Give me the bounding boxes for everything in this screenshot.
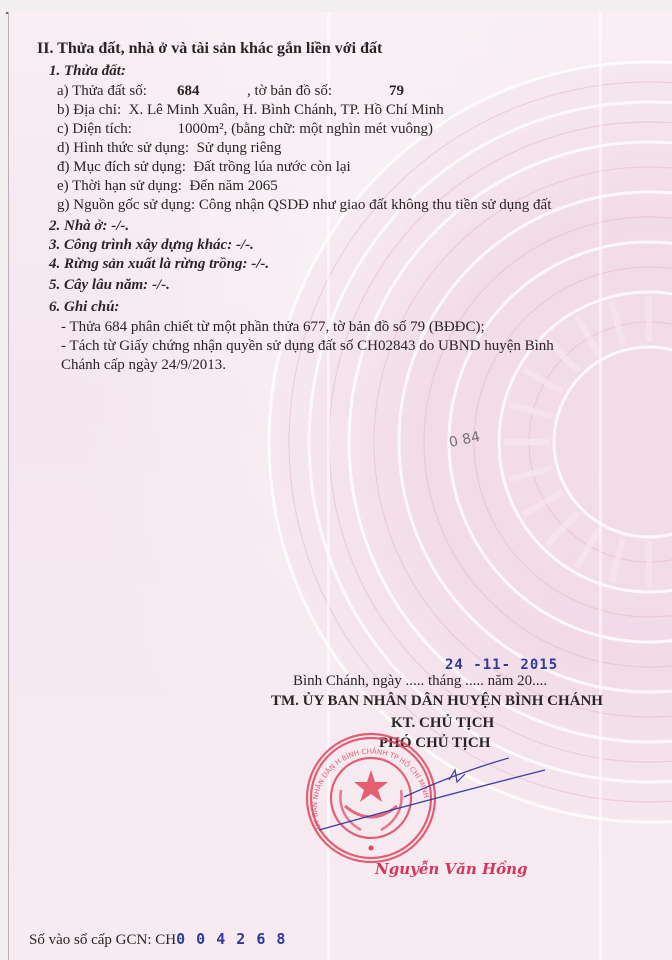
registry-prefix: CH bbox=[155, 932, 176, 948]
perennial-trees-value: -/-. bbox=[152, 277, 170, 293]
purpose-label: đ) Mục đích sử dụng: bbox=[57, 159, 186, 175]
term-label: e) Thời hạn sử dụng: bbox=[57, 178, 182, 194]
issuing-authority: TM. ỦY BAN NHÂN DÂN HUYỆN BÌNH CHÁNH bbox=[271, 692, 603, 710]
other-construction-value: -/-. bbox=[236, 237, 254, 253]
note-line: - Thửa 684 phân chiết từ một phần thửa 6… bbox=[61, 318, 485, 336]
parcel-number-label: a) Thửa đất số: bbox=[57, 82, 147, 100]
map-sheet-number: 79 bbox=[389, 82, 404, 100]
address-value: X. Lê Minh Xuân, H. Bình Chánh, TP. Hồ C… bbox=[129, 102, 444, 118]
perennial-trees-item: 5. Cây lâu năm: -/-. bbox=[49, 276, 170, 294]
other-construction-item: 3. Công trình xây dựng khác: -/-. bbox=[49, 236, 254, 254]
address-label: b) Địa chỉ: bbox=[57, 102, 121, 118]
paper-fold-line bbox=[599, 12, 602, 960]
area-label: c) Diện tích: bbox=[57, 121, 132, 137]
registry-label: Số vào sổ cấp GCN: bbox=[29, 932, 152, 948]
certificate-page: II. Thửa đất, nhà ở và tài sản khác gắn … bbox=[8, 12, 672, 960]
term-value: Đến năm 2065 bbox=[189, 178, 277, 194]
signer-name: Nguyễn Văn Hồng bbox=[375, 860, 528, 878]
house-item: 2. Nhà ở: -/-. bbox=[49, 217, 129, 235]
purpose-value: Đất trồng lúa nước còn lại bbox=[193, 159, 350, 175]
house-value: -/-. bbox=[111, 218, 129, 234]
planted-forest-item: 4. Rừng sản xuất là rừng trồng: -/-. bbox=[49, 255, 269, 273]
origin-value: Công nhận QSDĐ như giao đất không thu ti… bbox=[199, 197, 552, 213]
section-title: II. Thửa đất, nhà ở và tài sản khác gắn … bbox=[37, 40, 382, 58]
note-line: - Tách từ Giấy chứng nhận quyền sử dụng … bbox=[61, 337, 554, 355]
area-value: 1000m², (bằng chữ: một nghìn mét vuông) bbox=[177, 121, 433, 137]
origin-label: g) Nguồn gốc sử dụng: bbox=[57, 197, 195, 213]
notes-heading: 6. Ghi chú: bbox=[49, 298, 119, 316]
registry-number: 0 0 4 2 6 8 bbox=[176, 930, 286, 948]
handwritten-signature-icon bbox=[309, 752, 549, 842]
planted-forest-value: -/-. bbox=[251, 256, 269, 272]
parcel-heading: 1. Thửa đất: bbox=[49, 62, 126, 80]
map-sheet-label: , tờ bản đồ số: bbox=[247, 82, 332, 100]
perennial-trees-heading: 5. Cây lâu năm: bbox=[49, 277, 148, 293]
other-construction-heading: 3. Công trình xây dựng khác: bbox=[49, 237, 232, 253]
registry-line: Số vào sổ cấp GCN: CH0 0 4 2 6 8 bbox=[29, 930, 286, 949]
planted-forest-heading: 4. Rừng sản xuất là rừng trồng: bbox=[49, 256, 247, 272]
usage-form-label: d) Hình thức sử dụng: bbox=[57, 140, 189, 156]
usage-form-value: Sử dụng riêng bbox=[197, 140, 282, 156]
place-date-line: Bình Chánh, ngày ..... tháng ..... năm 2… bbox=[293, 672, 547, 690]
house-heading: 2. Nhà ở: bbox=[49, 218, 107, 234]
note-line: Chánh cấp ngày 24/9/2013. bbox=[61, 356, 226, 374]
parcel-number: 684 bbox=[177, 82, 200, 100]
